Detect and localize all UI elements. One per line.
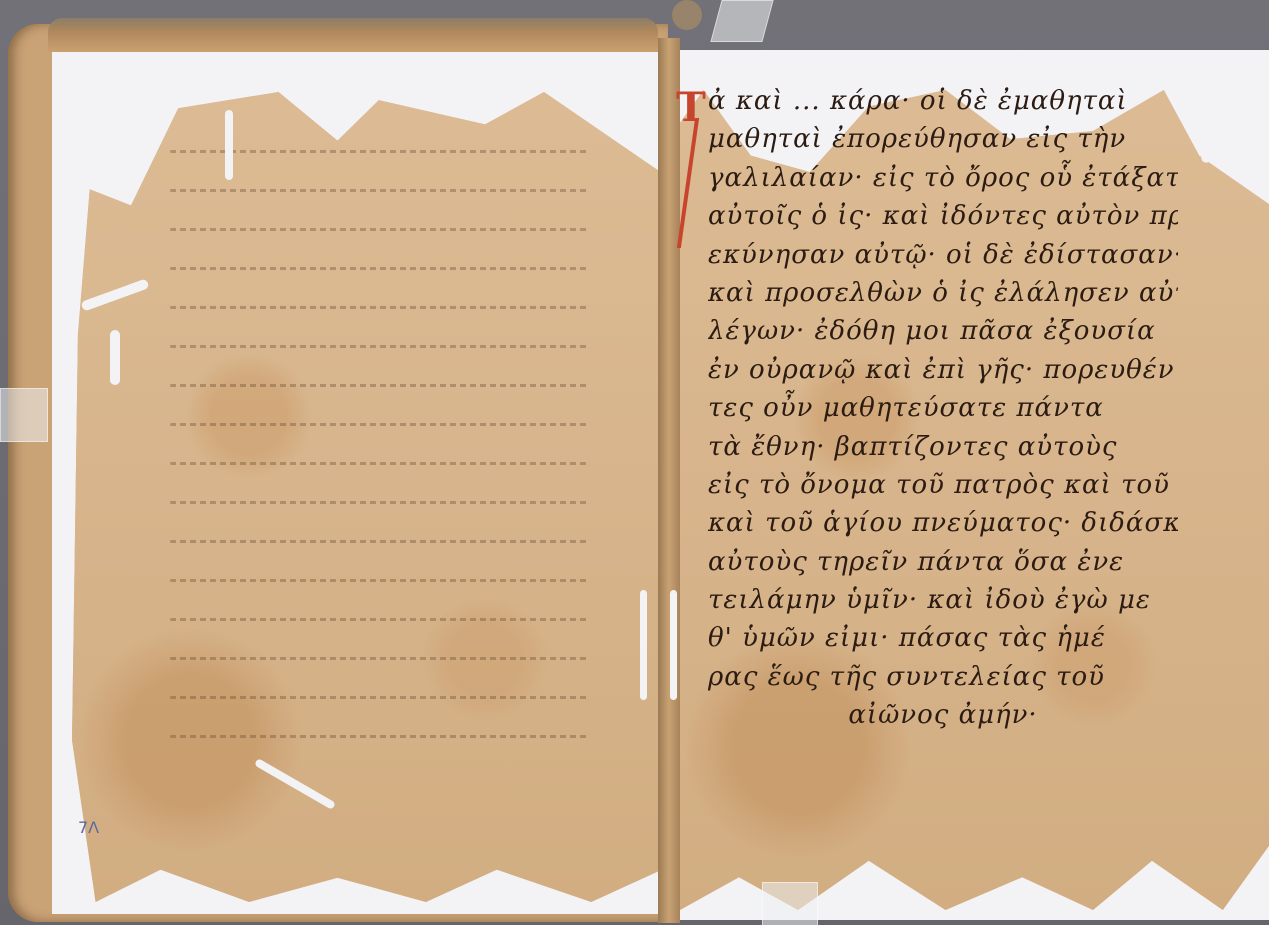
initial-letter: Τ [676,84,706,131]
text-line: ρας ἕως τῆς συντελείας τοῦ [708,658,1178,696]
text-line: λέγων· ἐδόθη μοι πᾶσα ἐξουσία [708,312,1178,350]
text-line: μαθηταὶ ἐπορεύθησαν εἰς τὴν [708,120,1178,158]
folio-number: 7Λ [78,818,99,837]
faded-line [170,501,590,504]
faded-line [170,384,590,387]
faded-line [170,540,590,543]
top-edge [48,18,658,52]
faded-line [170,657,590,660]
worm-hole [670,590,677,700]
tape-strip [762,882,818,925]
text-line: γαλιλαίαν· εἰς τὸ ὄρος οὗ ἐτάξατο [708,159,1178,197]
text-line: θ' ὑμῶν εἰμι· πάσας τὰς ἡμέ [708,619,1178,657]
text-line: ἐν οὐρανῷ καὶ ἐπὶ γῆς· πορευθέν [708,351,1178,389]
text-line: καὶ τοῦ ἁγίου πνεύματος· διδάσκοντες [708,504,1178,542]
rubricated-initial: Τ [676,88,702,258]
text-line: αἰῶνος ἀμήν· [708,696,1178,734]
text-line: ἀ καὶ ... κάρα· οἱ δὲ ἐμαθηταὶ [708,82,1178,120]
text-line: τες οὖν μαθητεύσατε πάντα [708,389,1178,427]
tape-strip [0,388,48,442]
text-line: καὶ προσελθὼν ὁ ἰς ἐλάλησεν αὐτοῖς [708,274,1178,312]
faded-line [170,150,590,153]
faded-line [170,735,590,738]
worm-hole [225,110,233,180]
faded-line [170,618,590,621]
text-line: εἰς τὸ ὄνομα τοῦ πατρὸς καὶ τοῦ υἱοῦ [708,466,1178,504]
faded-line [170,267,590,270]
left-faded-text [170,150,590,774]
text-line: εκύνησαν αὐτῷ· οἱ δὲ ἐδίστασαν· [708,236,1178,274]
text-line: τὰ ἔθνη· βαπτίζοντες αὐτοὺς [708,428,1178,466]
initial-stem [677,118,699,248]
text-line: αὐτοὺς τηρεῖν πάντα ὅσα ἐνε [708,543,1178,581]
worm-hole [640,590,647,700]
faded-line [170,423,590,426]
right-page-text: ἀ καὶ ... κάρα· οἱ δὲ ἐμαθηταὶ μαθηταὶ ἐ… [708,82,1178,735]
faded-line [170,306,590,309]
faded-line [170,462,590,465]
faded-line [170,696,590,699]
text-line: αὐτοῖς ὁ ἰς· καὶ ἰδόντες αὐτὸν προσ [708,197,1178,235]
text-line: τειλάμην ὑμῖν· καὶ ἰδοὺ ἐγὼ με [708,581,1178,619]
faded-line [170,579,590,582]
worm-hole [110,330,120,385]
faded-line [170,189,590,192]
faded-line [170,345,590,348]
faded-line [170,228,590,231]
